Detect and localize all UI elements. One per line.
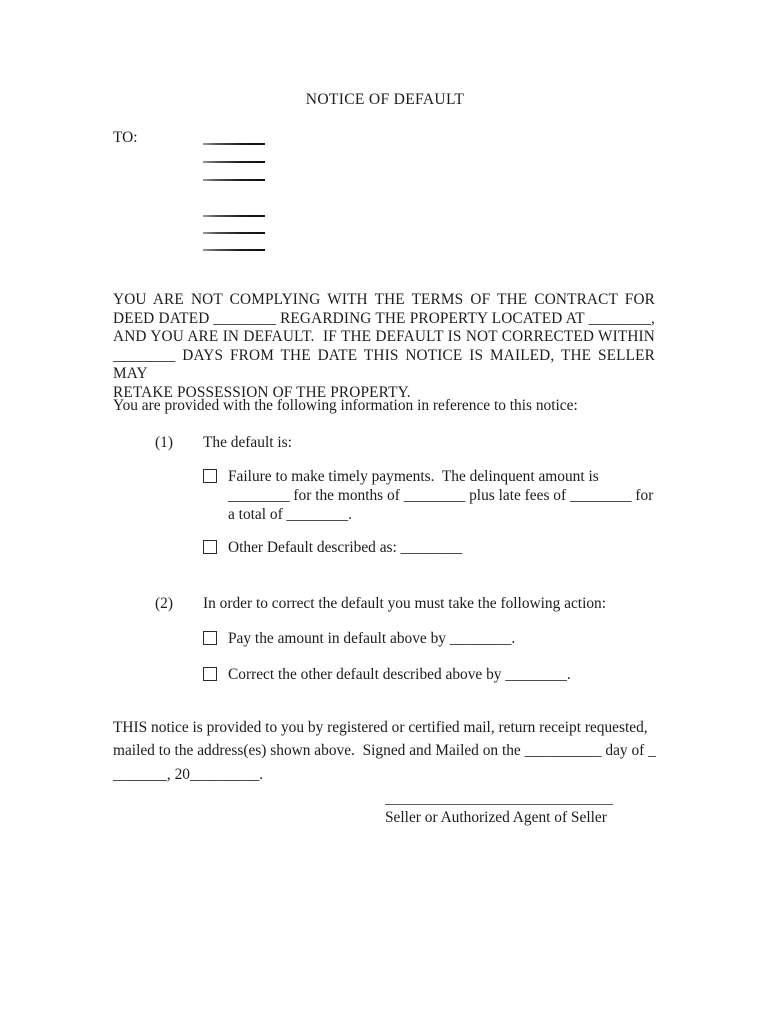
document-title: NOTICE OF DEFAULT: [0, 91, 770, 109]
closing-line: _______, 20_________.: [113, 763, 713, 786]
notice-line: YOU ARE NOT COMPLYING WITH THE TERMS OF …: [113, 291, 655, 310]
other-default-text: Other Default described as: ________: [228, 538, 462, 557]
item-text-line: a total of ________.: [228, 505, 653, 524]
section-2-heading: In order to correct the default you must…: [203, 595, 606, 613]
notice-of-default-page: NOTICE OF DEFAULT TO: YOU ARE NOT COMPLY…: [0, 0, 770, 1024]
address-blank-line[interactable]: [203, 179, 265, 181]
correct-default-text: Correct the other default described abov…: [228, 665, 571, 684]
address-blank-line[interactable]: [203, 143, 265, 145]
action-item-pay: Pay the amount in default above by _____…: [203, 629, 515, 648]
other-default-checkbox[interactable]: [203, 540, 217, 554]
item-text-line: Other Default described as: ________: [228, 538, 462, 557]
address-blank-line[interactable]: [203, 215, 265, 217]
correct-default-checkbox[interactable]: [203, 667, 217, 681]
pay-amount-text: Pay the amount in default above by _____…: [228, 629, 515, 648]
default-item-other: Other Default described as: ________: [203, 538, 462, 557]
to-label: TO:: [113, 129, 138, 147]
item-text-line: Correct the other default described abov…: [228, 665, 571, 684]
item-text-line: ________ for the months of ________ plus…: [228, 486, 653, 505]
mailing-statement-paragraph: THIS notice is provided to you by regist…: [113, 716, 713, 786]
notice-line: DEED DATED ________ REGARDING THE PROPER…: [113, 310, 655, 329]
section-1-heading: The default is:: [203, 434, 292, 452]
section-2-number: (2): [155, 595, 173, 613]
default-notice-paragraph: YOU ARE NOT COMPLYING WITH THE TERMS OF …: [113, 291, 655, 403]
action-item-correct: Correct the other default described abov…: [203, 665, 571, 684]
address-blank-line[interactable]: [203, 161, 265, 163]
signature-line[interactable]: [385, 804, 613, 805]
pay-amount-checkbox[interactable]: [203, 631, 217, 645]
default-item-failure-payments: Failure to make timely payments. The del…: [203, 467, 653, 524]
closing-line: THIS notice is provided to you by regist…: [113, 716, 713, 739]
notice-line: AND YOU ARE IN DEFAULT. IF THE DEFAULT I…: [113, 328, 655, 347]
address-blank-line[interactable]: [203, 232, 265, 234]
failure-payments-text: Failure to make timely payments. The del…: [228, 467, 653, 524]
intro-text: You are provided with the following info…: [113, 397, 578, 415]
address-blank-line[interactable]: [203, 249, 265, 251]
notice-line: ________ DAYS FROM THE DATE THIS NOTICE …: [113, 347, 655, 384]
closing-line: mailed to the address(es) shown above. S…: [113, 739, 713, 762]
failure-payments-checkbox[interactable]: [203, 469, 217, 483]
section-1-number: (1): [155, 434, 173, 452]
item-text-line: Failure to make timely payments. The del…: [228, 467, 653, 486]
signature-label: Seller or Authorized Agent of Seller: [385, 809, 607, 827]
item-text-line: Pay the amount in default above by _____…: [228, 629, 515, 648]
